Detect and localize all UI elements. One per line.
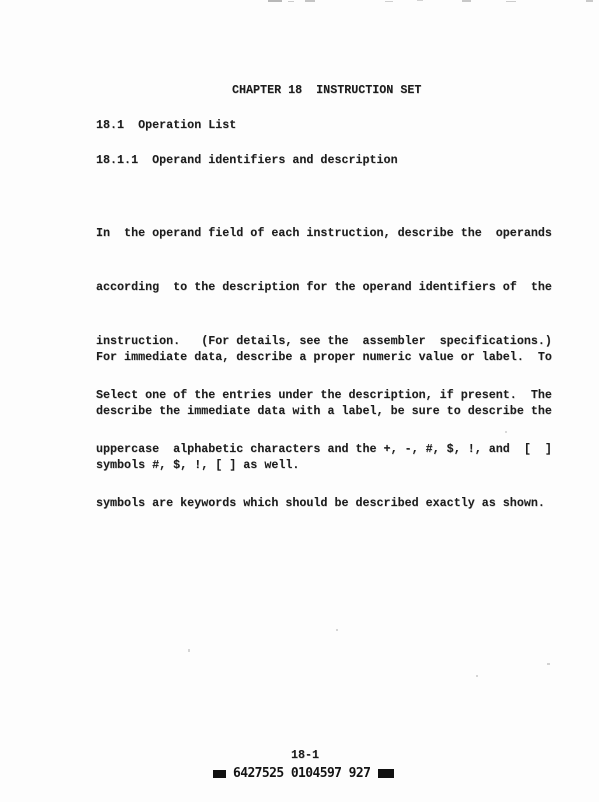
text-line: symbols #, $, !, [ ] as well.: [96, 456, 552, 474]
scan-speck: [476, 675, 478, 677]
chapter-title: CHAPTER 18 INSTRUCTION SET: [232, 81, 421, 99]
document-page: CHAPTER 18 INSTRUCTION SET 18.1 Operatio…: [0, 0, 599, 802]
scan-artifact: [305, 0, 315, 2]
scan-artifact: [385, 1, 393, 2]
scan-artifact: [586, 0, 593, 2]
page-number: 18-1: [291, 746, 319, 764]
text-line: For immediate data, describe a proper nu…: [96, 348, 552, 366]
ocr-code-line: 6427525 0104597 927: [213, 765, 394, 782]
ocr-start-block-icon: [213, 770, 226, 778]
section-heading: 18.1 Operation List: [96, 116, 236, 134]
scan-artifact: [417, 0, 423, 1]
text-line: describe the immediate data with a label…: [96, 402, 552, 420]
ocr-code-text: 6427525 0104597 927: [233, 766, 370, 781]
scan-speck: [336, 629, 338, 631]
scan-speck: [547, 663, 550, 665]
ocr-end-block-icon: [378, 769, 394, 778]
scan-artifact: [288, 1, 294, 2]
text-line: according to the description for the ope…: [96, 278, 552, 296]
paragraph-immediate-data: For immediate data, describe a proper nu…: [96, 312, 552, 510]
scan-artifact: [506, 1, 516, 2]
scan-speck: [188, 649, 190, 652]
text-line: In the operand field of each instruction…: [96, 224, 552, 242]
scan-artifact: [462, 0, 471, 2]
scan-artifact: [268, 0, 282, 2]
subsection-heading: 18.1.1 Operand identifiers and descripti…: [96, 151, 398, 169]
